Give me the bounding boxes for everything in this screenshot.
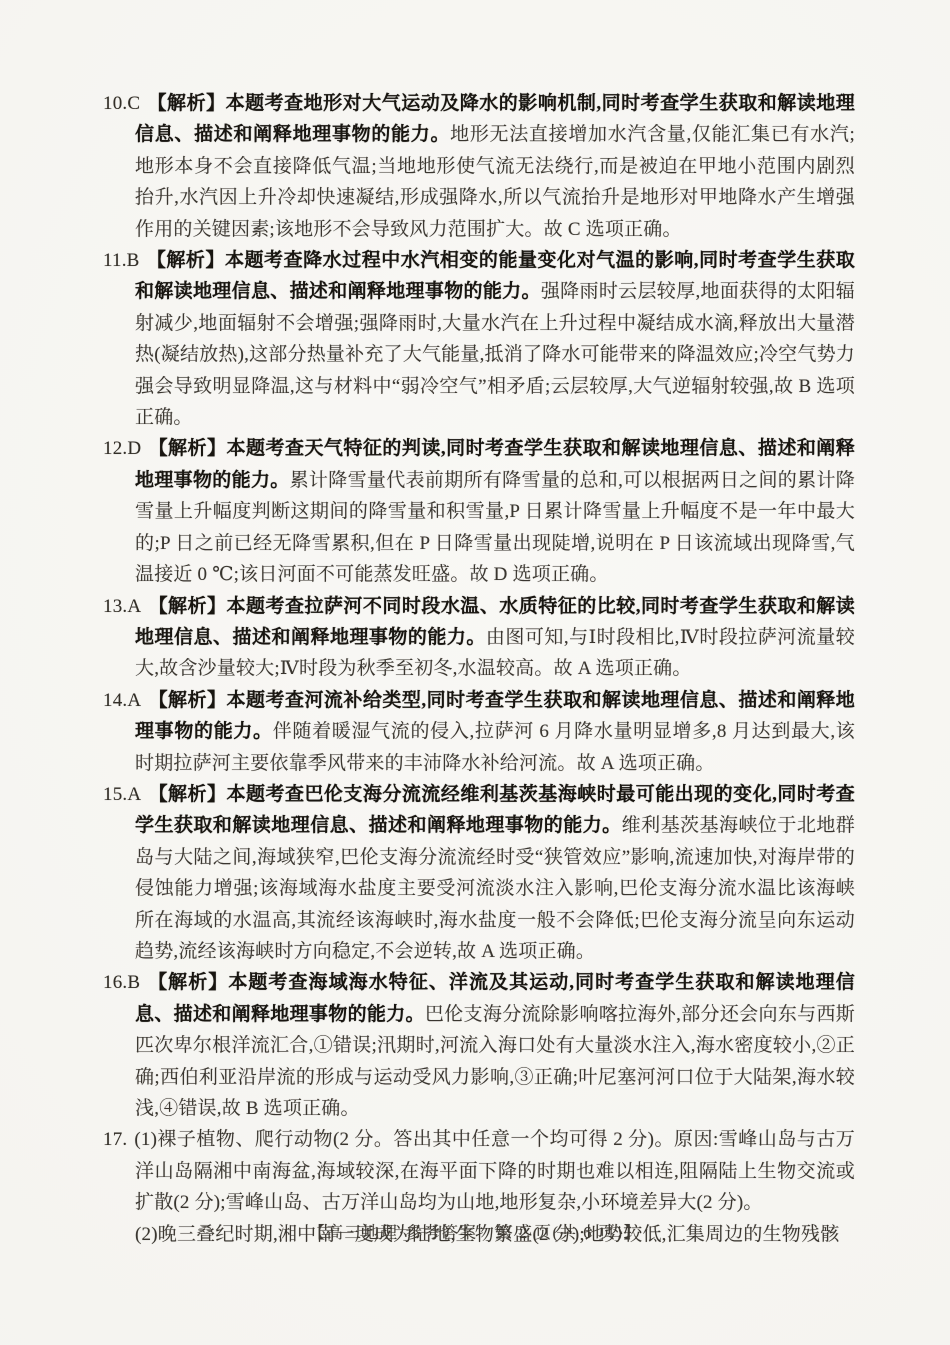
- question-number: 14.A: [103, 690, 141, 711]
- question-number: 17.: [103, 1129, 127, 1150]
- analysis-body: 强降雨时云层较厚,地面获得的太阳辐射减少,地面辐射不会增强;强降雨时,大量水汽在…: [135, 281, 855, 428]
- answer-item-15: 15.A【解析】本题考查巴伦支海分流流经维利基茨基海峡时最可能出现的变化,同时考…: [103, 779, 855, 967]
- answers-list: 10.C【解析】本题考查地形对大气运动及降水的影响机制,同时考查学生获取和解读地…: [103, 88, 855, 1250]
- answer-item-14: 14.A【解析】本题考查河流补给类型,同时考查学生获取和解读地理信息、描述和阐释…: [103, 685, 855, 779]
- answer-item-11: 11.B【解析】本题考查降水过程中水汽相变的能量变化对气温的影响,同时考查学生获…: [103, 245, 855, 433]
- answer-item-13: 13.A【解析】本题考查拉萨河不同时段水温、水质特征的比较,同时考查学生获取和解…: [103, 591, 855, 685]
- question-number: 10.C: [103, 93, 140, 114]
- analysis-body: 维利基茨基海峡位于北地群岛与大陆之间,海域狭窄,巴伦支海分流流经时受“狭管效应”…: [135, 815, 855, 962]
- question-number: 15.A: [103, 784, 141, 805]
- page-footer: 【高三地理·参考答案 第 2 页(共 6 页)】: [0, 1221, 950, 1245]
- question-number: 12.D: [103, 438, 141, 459]
- answer-item-10: 10.C【解析】本题考查地形对大气运动及降水的影响机制,同时考查学生获取和解读地…: [103, 88, 855, 245]
- scanned-answer-key-page: 10.C【解析】本题考查地形对大气运动及降水的影响机制,同时考查学生获取和解读地…: [0, 0, 950, 1345]
- answer-item-12: 12.D【解析】本题考查天气特征的判读,同时考查学生获取和解读地理信息、描述和阐…: [103, 433, 855, 590]
- question-number: 13.A: [103, 596, 141, 617]
- question-number: 11.B: [103, 250, 140, 271]
- question-number: 16.B: [103, 972, 140, 993]
- answer-paragraph-1: (1)裸子植物、爬行动物(2 分。答出其中任意一个均可得 2 分)。原因:雪峰山…: [134, 1129, 855, 1213]
- answer-item-16: 16.B【解析】本题考查海域海水特征、洋流及其运动,同时考查学生获取和解读地理信…: [103, 967, 855, 1124]
